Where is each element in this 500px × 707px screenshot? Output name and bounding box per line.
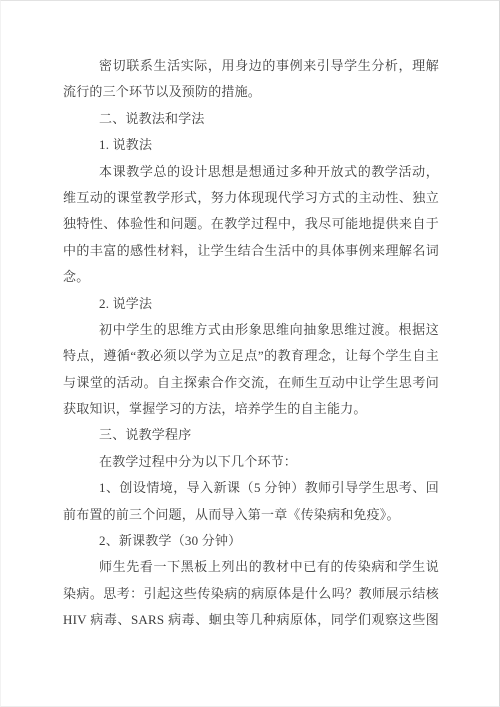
text-line: 本课教学总的设计思想是想通过多种开放式的教学活动，构建多 (63, 159, 439, 185)
text-line: 念。 (63, 264, 439, 290)
text-line: 1. 说教法 (63, 132, 439, 158)
text-line: 二、说教法和学法 (63, 106, 439, 132)
text-line: 染病。思考：引起这些传染病的病原体是什么吗？教师展示结核杆菌、 (63, 581, 439, 607)
text-line: 与课堂的活动。自主探索合作交流，在师生互动中让学生思考问题， (63, 370, 439, 396)
text-line: 2. 说学法 (63, 291, 439, 317)
document-body: 密切联系生活实际，用身边的事例来引导学生分析，理解传染病流行的三个环节以及预防的… (63, 53, 439, 634)
text-line: 2、新课教学（30 分钟） (63, 528, 439, 554)
text-line: 1、创设情境，导入新课（5 分钟）教师引导学生思考、回答课 (63, 475, 439, 501)
text-line: 维互动的课堂教学形式，努力体现现代学习方式的主动性、独立性、 (63, 185, 439, 211)
text-line: 特点，遵循“教必须以学为立足点”的教育理念，让每个学生自主参 (63, 343, 439, 369)
text-line: 初中学生的思维方式由形象思维向抽象思维过渡。根据这一思维 (63, 317, 439, 343)
text-line: 三、说教学程序 (63, 422, 439, 448)
text-line: 密切联系生活实际，用身边的事例来引导学生分析，理解传染病 (63, 53, 439, 79)
text-line: 中的丰富的感性材料，让学生结合生活中的具体事例来理解名词和概 (63, 238, 439, 264)
text-line: 师生先看一下黑板上列出的教材中已有的传染病和学生说的传 (63, 554, 439, 580)
text-line: HIV 病毒、SARS 病毒、蛔虫等几种病原体，同学们观察这些图片，思 (63, 607, 439, 633)
text-line: 获取知识，掌握学习的方法，培养学生的自主能力。 (63, 396, 439, 422)
document-page: 密切联系生活实际，用身边的事例来引导学生分析，理解传染病流行的三个环节以及预防的… (0, 0, 500, 707)
text-line: 在教学过程中分为以下几个环节： (63, 449, 439, 475)
text-line: 前布置的前三个问题，从而导入第一章《传染病和免疫》。 (63, 502, 439, 528)
text-line: 流行的三个环节以及预防的措施。 (63, 79, 439, 105)
document-text-lines: 密切联系生活实际，用身边的事例来引导学生分析，理解传染病流行的三个环节以及预防的… (63, 53, 439, 634)
text-line: 独特性、体验性和问题。在教学过程中，我尽可能地提供来自于生活 (63, 211, 439, 237)
